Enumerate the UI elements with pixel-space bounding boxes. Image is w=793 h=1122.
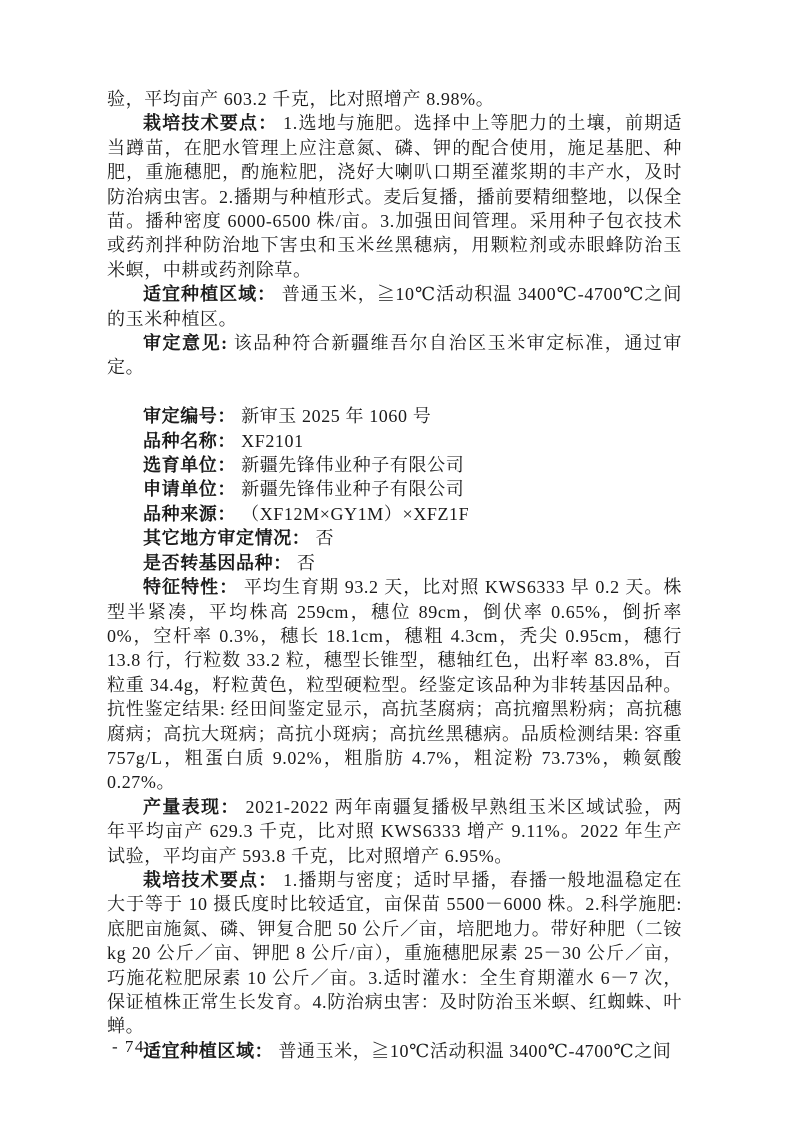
paragraph-cultivation-points-2: 栽培技术要点： 1.播期与密度；适时早播，春播一般地温稳定在大于等于 10 摄氏… — [107, 868, 682, 1039]
paragraph-approval-opinion: 审定意见: 该品种符合新疆维吾尔自治区玉米审定标准，通过审定。 — [107, 331, 682, 380]
gmo-status-label: 是否转基因品种： — [143, 553, 292, 573]
other-approval-status-label: 其它地方审定情况： — [143, 528, 310, 548]
applicant-unit-label: 申请单位： — [143, 479, 236, 499]
field-gmo-status: 是否转基因品种： 否 — [107, 551, 682, 575]
variety-name-label: 品种名称： — [143, 431, 236, 451]
applicant-unit-value: 新疆先锋伟业种子有限公司 — [241, 479, 464, 499]
variety-name-value: XF2101 — [241, 431, 304, 451]
field-variety-source: 品种来源： （XF12M×GY1M）×XFZ1F — [107, 502, 682, 526]
paragraph-suitable-region-2: 适宜种植区域： 普通玉米，≧10℃活动积温 3400℃-4700℃之间 — [107, 1039, 682, 1063]
variety-source-label: 品种来源： — [143, 504, 236, 524]
field-variety-name: 品种名称： XF2101 — [107, 429, 682, 453]
field-approval-number: 审定编号： 新审玉 2025 年 1060 号 — [107, 404, 682, 428]
paragraph-yield-continuation: 验，平均亩产 603.2 千克，比对照增产 8.98%。 — [107, 87, 682, 111]
approval-number-label: 审定编号： — [143, 406, 236, 426]
field-applicant-unit: 申请单位： 新疆先锋伟业种子有限公司 — [107, 477, 682, 501]
yield-label: 产量表现： — [143, 797, 240, 817]
blank-line — [107, 380, 682, 404]
opinion-label: 审定意见: — [143, 333, 228, 353]
field-breeding-unit: 选育单位： 新疆先锋伟业种子有限公司 — [107, 453, 682, 477]
region2-text: 普通玉米，≧10℃活动积温 3400℃-4700℃之间 — [278, 1041, 671, 1061]
traits-text: 平均生育期 93.2 天，比对照 KWS6333 早 0.2 天。株型半紧凑，平… — [107, 577, 682, 792]
paragraph-traits: 特征特性： 平均生育期 93.2 天，比对照 KWS6333 早 0.2 天。株… — [107, 575, 682, 795]
cultivation2-label: 栽培技术要点： — [143, 870, 277, 890]
cultivation2-text: 1.播期与密度；适时早播，春播一般地温稳定在大于等于 10 摄氏度时比较适宜，亩… — [107, 870, 682, 1036]
gmo-status-value: 否 — [297, 553, 316, 573]
document-content: 验，平均亩产 603.2 千克，比对照增产 8.98%。 栽培技术要点： 1.选… — [107, 87, 682, 1063]
region2-label: 适宜种植区域： — [143, 1041, 273, 1061]
paragraph-suitable-region-1: 适宜种植区域： 普通玉米，≧10℃活动积温 3400℃-4700℃之间的玉米种植… — [107, 282, 682, 331]
breeding-unit-value: 新疆先锋伟业种子有限公司 — [241, 455, 464, 475]
variety-source-value: （XF12M×GY1M）×XFZ1F — [241, 504, 469, 524]
cultivation1-label: 栽培技术要点： — [143, 113, 277, 133]
page-number: - 74 - — [112, 1037, 158, 1057]
cultivation1-text: 1.选地与施肥。选择中上等肥力的土壤，前期适当蹲苗，在肥水管理上应注意氮、磷、钾… — [107, 113, 682, 279]
paragraph-yield-performance: 产量表现： 2021-2022 两年南疆复播极早熟组玉米区域试验，两年平均亩产 … — [107, 795, 682, 868]
other-approval-status-value: 否 — [316, 528, 335, 548]
document-page: 验，平均亩产 603.2 千克，比对照增产 8.98%。 栽培技术要点： 1.选… — [0, 0, 793, 1122]
intro-continuation-text: 验，平均亩产 603.2 千克，比对照增产 8.98%。 — [107, 89, 494, 109]
traits-label: 特征特性： — [143, 577, 238, 597]
field-other-approval-status: 其它地方审定情况： 否 — [107, 526, 682, 550]
paragraph-cultivation-points-1: 栽培技术要点： 1.选地与施肥。选择中上等肥力的土壤，前期适当蹲苗，在肥水管理上… — [107, 111, 682, 282]
breeding-unit-label: 选育单位： — [143, 455, 236, 475]
approval-number-value: 新审玉 2025 年 1060 号 — [241, 406, 431, 426]
region1-label: 适宜种植区域： — [143, 284, 276, 304]
